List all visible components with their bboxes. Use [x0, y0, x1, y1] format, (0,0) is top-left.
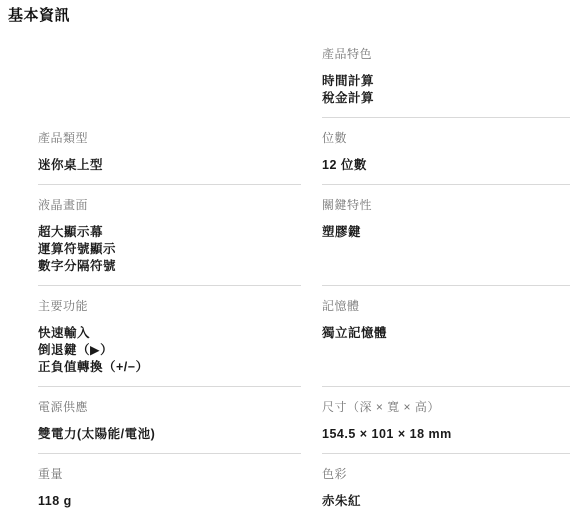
spec-value: 迷你桌上型 [38, 157, 301, 174]
spec-label: 產品類型 [38, 132, 301, 145]
spec-value: 塑膠鍵 [322, 224, 570, 241]
spec-values: 快速輸入倒退鍵（▶）正負值轉換（+/−） [38, 325, 301, 376]
spec-value: 正負值轉換（+/−） [38, 359, 301, 376]
spec-value: 赤朱紅 [322, 493, 570, 510]
spec-values: 超大顯示幕運算符號顯示數字分隔符號 [38, 224, 301, 275]
spec-label: 關鍵特性 [322, 199, 570, 212]
spec-value: 時間計算 [322, 73, 570, 90]
spec-value: 12 位數 [322, 157, 570, 174]
spec-values: 迷你桌上型 [38, 157, 301, 174]
spec-values: 12 位數 [322, 157, 570, 174]
spec-item: 液晶畫面超大顯示幕運算符號顯示數字分隔符號 [38, 185, 301, 286]
spec-item: 關鍵特性塑膠鍵 [322, 185, 570, 286]
spec-item: 尺寸（深 × 寬 × 高）154.5 × 101 × 18 mm [322, 387, 570, 454]
spec-value: 倒退鍵（▶） [38, 342, 301, 359]
spec-label: 色彩 [322, 468, 570, 481]
spec-label: 主要功能 [38, 300, 301, 313]
spec-label: 記憶體 [322, 300, 570, 313]
spec-label: 位數 [322, 132, 570, 145]
spec-value: 稅金計算 [322, 90, 570, 107]
spec-item-empty [38, 40, 301, 118]
spec-item: 位數12 位數 [322, 118, 570, 185]
spec-values: 塑膠鍵 [322, 224, 570, 241]
spec-values: 獨立記憶體 [322, 325, 570, 342]
spec-item: 主要功能快速輸入倒退鍵（▶）正負值轉換（+/−） [38, 286, 301, 387]
spec-value: 數字分隔符號 [38, 258, 301, 275]
spec-value: 154.5 × 101 × 18 mm [322, 426, 570, 443]
spec-item: 產品類型迷你桌上型 [38, 118, 301, 185]
spec-label: 重量 [38, 468, 301, 481]
spec-value: 運算符號顯示 [38, 241, 301, 258]
page-title: 基本資訊 [8, 7, 570, 25]
spec-values: 時間計算稅金計算 [322, 73, 570, 107]
spec-label: 產品特色 [322, 48, 570, 61]
spec-item: 記憶體獨立記憶體 [322, 286, 570, 387]
spec-values: 118 g [38, 493, 301, 510]
spec-item: 產品特色時間計算稅金計算 [322, 40, 570, 118]
spec-value: 獨立記憶體 [322, 325, 570, 342]
spec-value: 118 g [38, 493, 301, 510]
spec-label: 尺寸（深 × 寬 × 高） [322, 401, 570, 414]
spec-item: 電源供應雙電力(太陽能/電池) [38, 387, 301, 454]
spec-values: 雙電力(太陽能/電池) [38, 426, 301, 443]
spec-item: 重量118 g [38, 454, 301, 520]
spec-value: 雙電力(太陽能/電池) [38, 426, 301, 443]
spec-values: 154.5 × 101 × 18 mm [322, 426, 570, 443]
spec-label: 電源供應 [38, 401, 301, 414]
spec-value: 超大顯示幕 [38, 224, 301, 241]
spec-values: 赤朱紅 [322, 493, 570, 510]
spec-grid: 產品特色時間計算稅金計算產品類型迷你桌上型位數12 位數液晶畫面超大顯示幕運算符… [38, 40, 570, 520]
spec-item: 色彩赤朱紅 [322, 454, 570, 520]
spec-label: 液晶畫面 [38, 199, 301, 212]
spec-value: 快速輸入 [38, 325, 301, 342]
